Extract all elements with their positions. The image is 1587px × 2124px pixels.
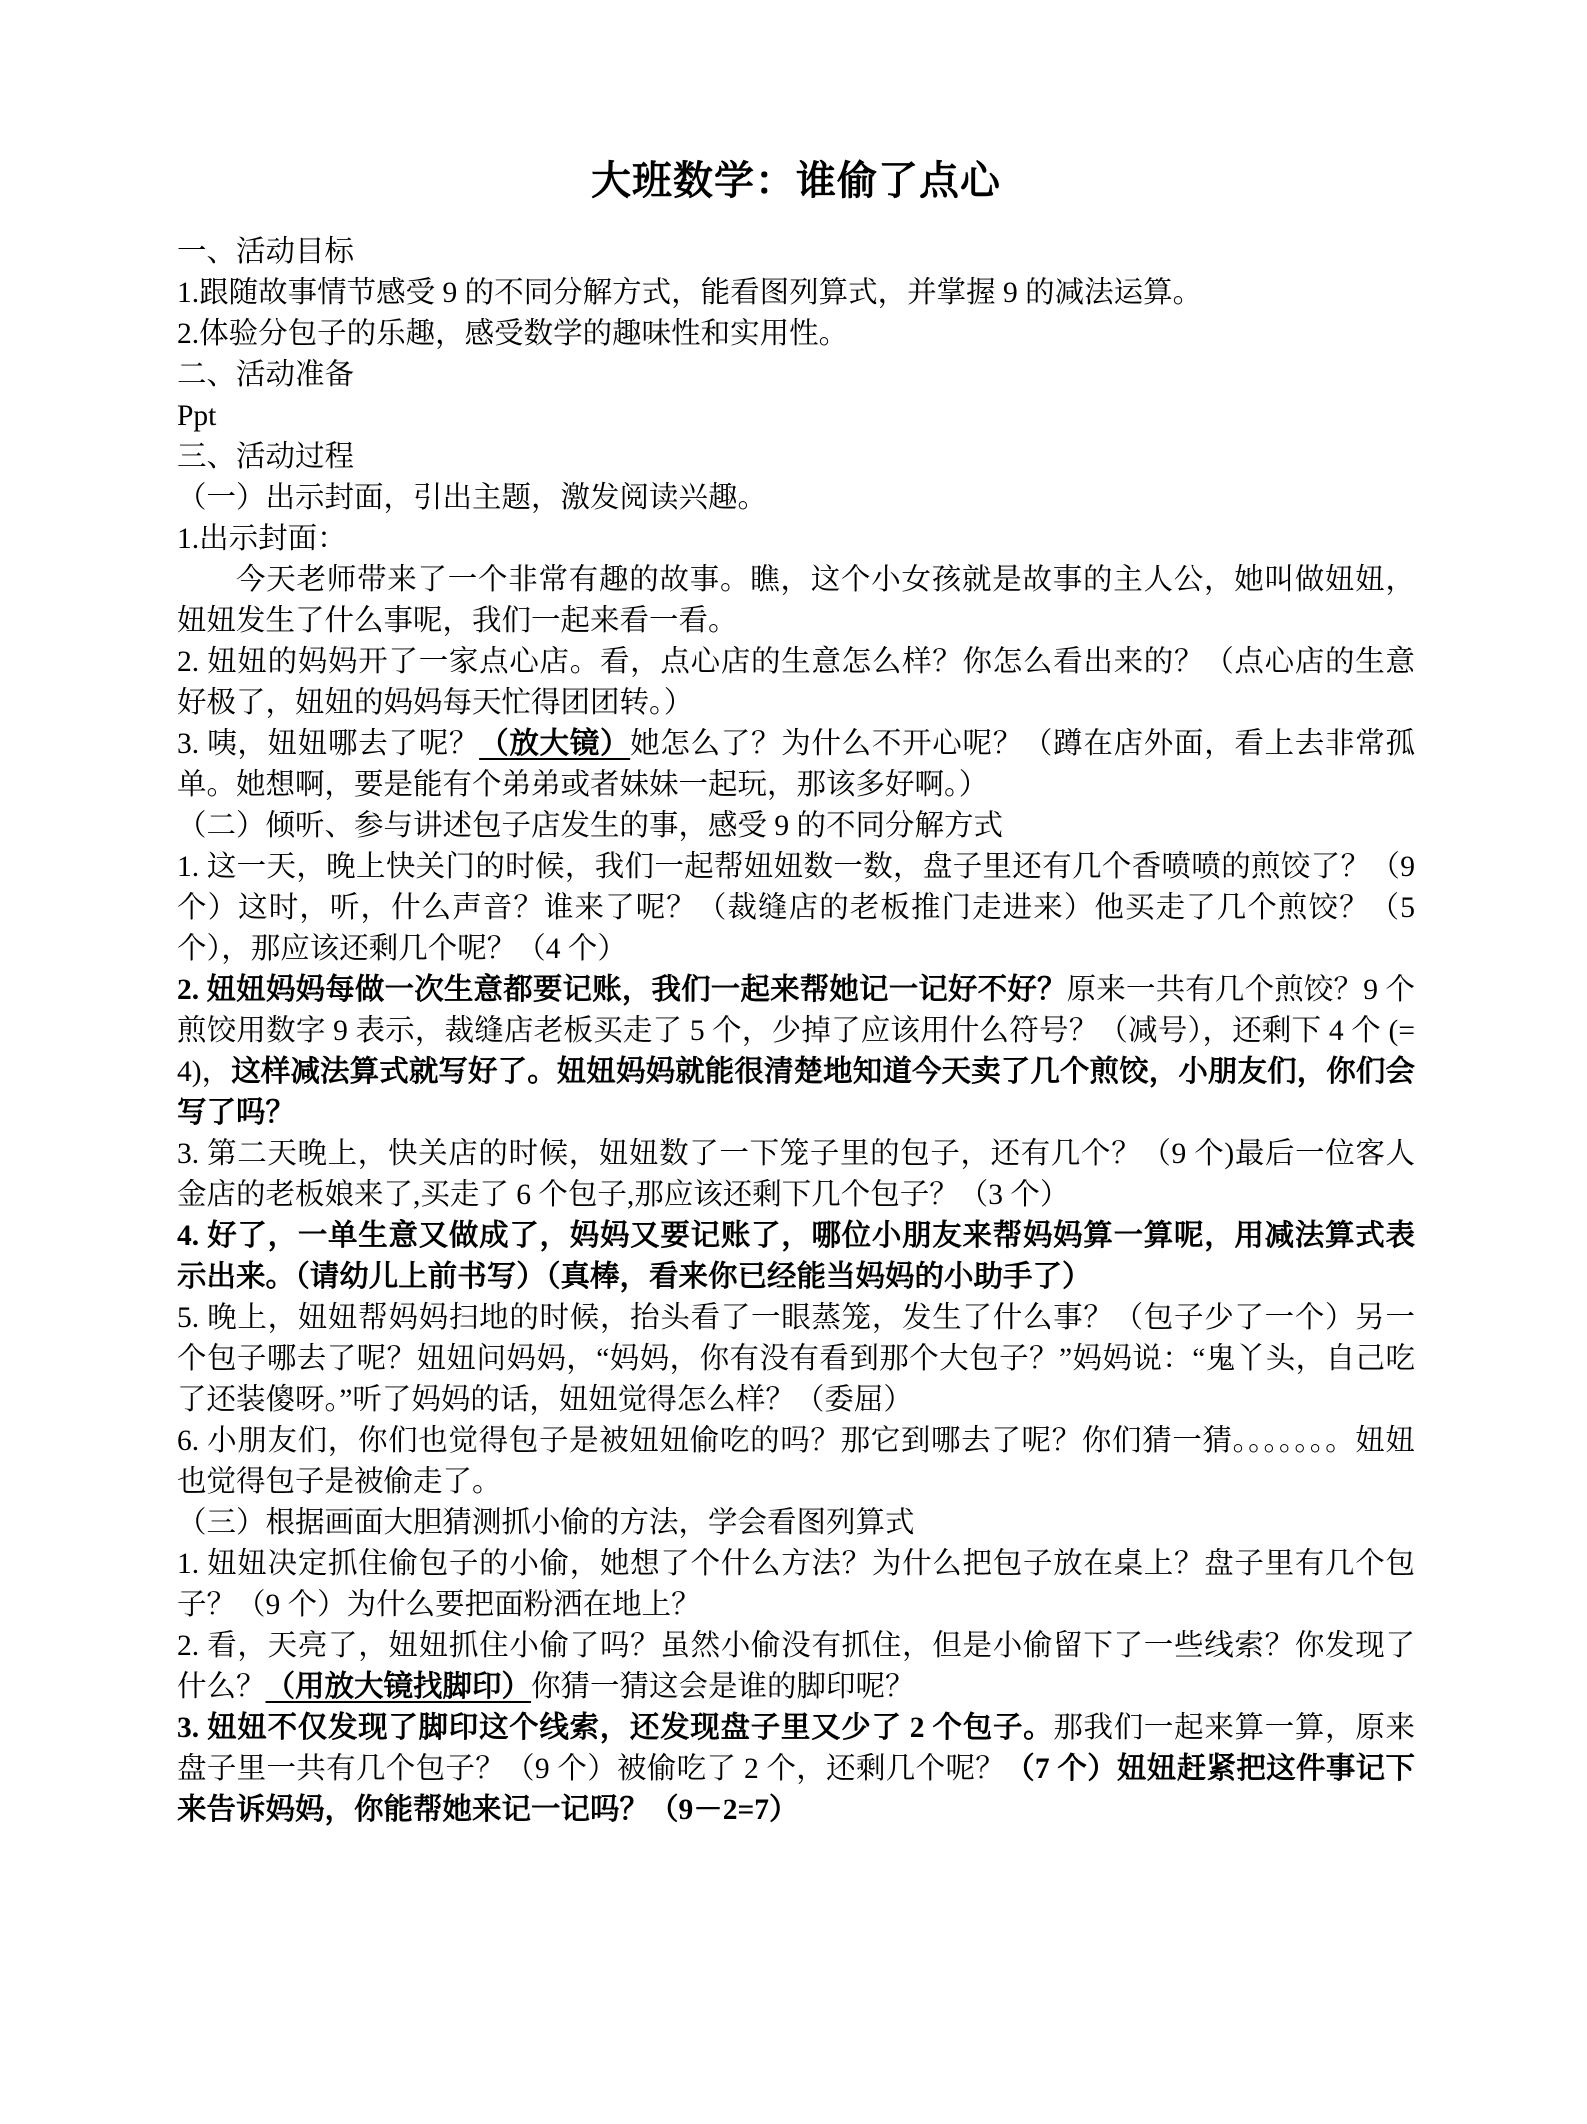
text-run: 2. 妞妞的妈妈开了一家点心店。看，点心店的生意怎么样？你怎么看出来的？（点心店… [177,646,1415,719]
text-run: 三、活动过程 [177,441,354,473]
text-run: 你猜一猜这会是谁的脚印呢？ [531,1671,915,1703]
text-run: 2. 妞妞妈妈每做一次生意都要记账，我们一起来帮她记一记好不好？ [177,974,1067,1006]
paragraph: 5. 晚上，妞妞帮妈妈扫地的时候，抬头看了一眼蒸笼，发生了什么事？（包子少了一个… [177,1298,1415,1421]
text-run: （三）根据画面大胆猜测抓小偷的方法，学会看图列算式 [177,1507,915,1539]
paragraph: Ppt [177,396,1415,437]
text-run: 1. 这一天，晚上快关门的时候，我们一起帮妞妞数一数，盘子里还有几个香喷喷的煎饺… [177,851,1415,965]
text-run: （二）倾听、参与讲述包子店发生的事，感受 9 的不同分解方式 [177,810,1003,842]
text-run: 这样减法算式就写好了。妞妞妈妈就能很清楚地知道今天卖了几个煎饺，小朋友们，你们会… [177,1056,1415,1129]
paragraph: 1.跟随故事情节感受 9 的不同分解方式，能看图列算式，并掌握 9 的减法运算。 [177,273,1415,314]
text-run: 今天老师带来了一个非常有趣的故事。瞧，这个小女孩就是故事的主人公，她叫做妞妞，妞… [177,564,1415,637]
paragraph: （二）倾听、参与讲述包子店发生的事，感受 9 的不同分解方式 [177,806,1415,847]
text-run: 6. 小朋友们，你们也觉得包子是被妞妞偷吃的吗？那它到哪去了呢？你们猜一猜。。。… [177,1425,1415,1498]
paragraph: 3. 第二天晚上，快关店的时候，妞妞数了一下笼子里的包子，还有几个？（9 个)最… [177,1134,1415,1216]
text-run: （一）出示封面，引出主题，激发阅读兴趣。 [177,482,767,514]
text-run: 2.体验分包子的乐趣，感受数学的趣味性和实用性。 [177,318,848,350]
paragraph: 3. 妞妞不仅发现了脚印这个线索，还发现盘子里又少了 2 个包子。那我们一起来算… [177,1708,1415,1831]
text-run: 3. 咦，妞妞哪去了呢？ [177,728,479,760]
text-run: 1.跟随故事情节感受 9 的不同分解方式，能看图列算式，并掌握 9 的减法运算。 [177,277,1202,309]
text-run: 4. 好了，一单生意又做成了，妈妈又要记账了，哪位小朋友来帮妈妈算一算呢，用减法… [177,1220,1415,1293]
paragraph: 2. 妞妞的妈妈开了一家点心店。看，点心店的生意怎么样？你怎么看出来的？（点心店… [177,642,1415,724]
paragraph: （三）根据画面大胆猜测抓小偷的方法，学会看图列算式 [177,1503,1415,1544]
paragraph: 三、活动过程 [177,437,1415,478]
paragraph: 6. 小朋友们，你们也觉得包子是被妞妞偷吃的吗？那它到哪去了呢？你们猜一猜。。。… [177,1421,1415,1503]
text-run: （用放大镜找脚印） [266,1671,532,1703]
text-run: （放大镜） [479,728,630,760]
text-run: 3. 第二天晚上，快关店的时候，妞妞数了一下笼子里的包子，还有几个？（9 个)最… [177,1138,1415,1211]
text-run: 二、活动准备 [177,359,354,391]
text-run: Ppt [177,400,216,432]
paragraph: 3. 咦，妞妞哪去了呢？（放大镜）她怎么了？为什么不开心呢？（蹲在店外面，看上去… [177,724,1415,806]
paragraph: 1.出示封面： [177,519,1415,560]
paragraph: 2. 看，天亮了，妞妞抓住小偷了吗？虽然小偷没有抓住，但是小偷留下了一些线索？你… [177,1626,1415,1708]
paragraph: 一、活动目标 [177,232,1415,273]
paragraph: 1. 这一天，晚上快关门的时候，我们一起帮妞妞数一数，盘子里还有几个香喷喷的煎饺… [177,847,1415,970]
paragraph: 2.体验分包子的乐趣，感受数学的趣味性和实用性。 [177,314,1415,355]
text-run: 5. 晚上，妞妞帮妈妈扫地的时候，抬头看了一眼蒸笼，发生了什么事？（包子少了一个… [177,1302,1415,1416]
document-page: 大班数学：谁偷了点心 一、活动目标1.跟随故事情节感受 9 的不同分解方式，能看… [0,0,1587,2124]
paragraph: 2. 妞妞妈妈每做一次生意都要记账，我们一起来帮她记一记好不好？原来一共有几个煎… [177,970,1415,1134]
paragraph: （一）出示封面，引出主题，激发阅读兴趣。 [177,478,1415,519]
paragraph: 今天老师带来了一个非常有趣的故事。瞧，这个小女孩就是故事的主人公，她叫做妞妞，妞… [177,560,1415,642]
text-run: 1.出示封面： [177,523,347,555]
document-content: 大班数学：谁偷了点心 一、活动目标1.跟随故事情节感受 9 的不同分解方式，能看… [177,156,1415,1831]
text-run: 1. 妞妞决定抓住偷包子的小偷，她想了个什么方法？为什么把包子放在桌上？盘子里有… [177,1548,1415,1621]
document-title: 大班数学：谁偷了点心 [177,156,1415,206]
text-run: 一、活动目标 [177,236,354,268]
paragraph: 1. 妞妞决定抓住偷包子的小偷，她想了个什么方法？为什么把包子放在桌上？盘子里有… [177,1544,1415,1626]
paragraph: 4. 好了，一单生意又做成了，妈妈又要记账了，哪位小朋友来帮妈妈算一算呢，用减法… [177,1216,1415,1298]
text-run: 3. 妞妞不仅发现了脚印这个线索，还发现盘子里又少了 2 个包子。 [177,1712,1053,1744]
document-body: 一、活动目标1.跟随故事情节感受 9 的不同分解方式，能看图列算式，并掌握 9 … [177,232,1415,1831]
paragraph: 二、活动准备 [177,355,1415,396]
